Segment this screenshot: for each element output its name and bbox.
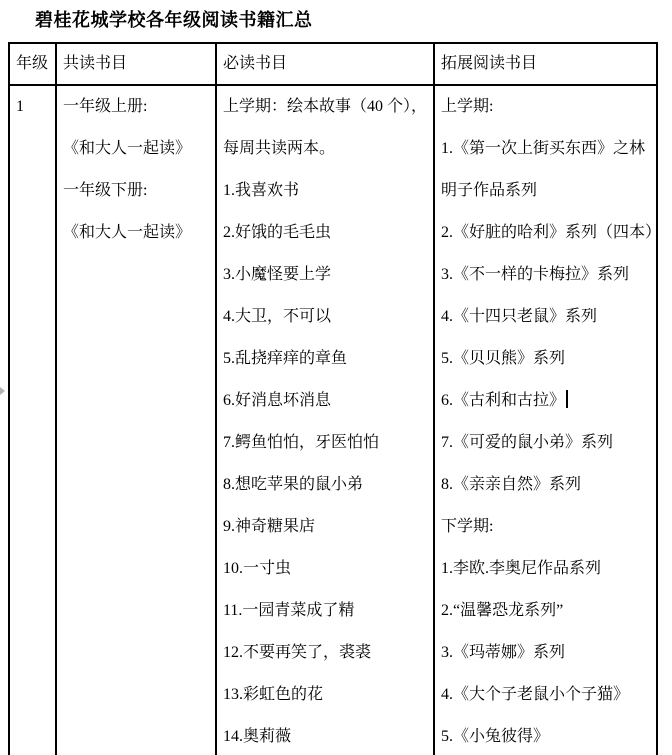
text-line[interactable]: 7.鳄鱼怕怕，牙医怕怕	[217, 422, 433, 464]
cell-grade[interactable]: 1	[10, 86, 57, 755]
text-line[interactable]: 明子作品系列	[435, 170, 656, 212]
text-line[interactable]: 5.《贝贝熊》系列	[435, 338, 656, 380]
text-line[interactable]: 《和大人一起读》	[57, 128, 215, 170]
text-cursor	[566, 390, 568, 408]
table-row: 1 一年级上册: 《和大人一起读》 一年级下册: 《和大人一起读》 上学期：绘本…	[10, 86, 656, 755]
table-header-row: 年级 共读书目 必读书目 拓展阅读书目	[10, 44, 656, 86]
text-line[interactable]: 3.《玛蒂娜》系列	[435, 632, 656, 674]
text-line[interactable]: 一年级下册:	[57, 170, 215, 212]
text-line[interactable]: 每周共读两本。	[217, 128, 433, 170]
text-line[interactable]: 8.想吃苹果的鼠小弟	[217, 464, 433, 506]
text-line[interactable]: 7.《可爱的鼠小弟》系列	[435, 422, 656, 464]
text-line[interactable]: 2.“温馨恐龙系列”	[435, 590, 656, 632]
mouse-cursor-artifact	[0, 387, 5, 395]
text-line[interactable]: 6.《古利和古拉》	[441, 392, 565, 409]
text-line[interactable]: 上学期:	[435, 86, 656, 128]
reading-summary-table: 年级 共读书目 必读书目 拓展阅读书目 1 一年级上册: 《和大人一起读》 一年…	[8, 42, 658, 755]
header-cell-required-reading: 必读书目	[217, 44, 435, 84]
text-line[interactable]: 9.神奇糖果店	[217, 506, 433, 548]
text-line[interactable]: 1.《第一次上街买东西》之林	[435, 128, 656, 170]
text-line[interactable]: 2.《好脏的哈利》系列（四本）	[435, 212, 656, 254]
cell-required-reading[interactable]: 上学期：绘本故事（40 个）， 每周共读两本。 1.我喜欢书 2.好饿的毛毛虫 …	[217, 86, 435, 755]
text-line[interactable]: 6.好消息坏消息	[217, 380, 433, 422]
text-line[interactable]: 8.《亲亲自然》系列	[435, 464, 656, 506]
text-line[interactable]: 4.大卫，不可以	[217, 296, 433, 338]
text-line[interactable]: 3.小魔怪要上学	[217, 254, 433, 296]
text-line[interactable]: 11.一园青菜成了精	[217, 590, 433, 632]
text-line-with-cursor[interactable]: 6.《古利和古拉》	[435, 380, 656, 422]
text-line[interactable]: 上学期：绘本故事（40 个），	[217, 86, 433, 128]
text-line[interactable]: 4.《大个子老鼠小个子猫》	[435, 674, 656, 716]
text-line[interactable]: 5.《小兔彼得》	[435, 716, 656, 755]
text-line[interactable]: 2.好饿的毛毛虫	[217, 212, 433, 254]
header-cell-extended-reading: 拓展阅读书目	[435, 44, 656, 84]
header-cell-shared-reading: 共读书目	[57, 44, 217, 84]
text-line[interactable]: 14.奥莉薇	[217, 716, 433, 755]
document-title[interactable]: 碧桂花城学校各年级阅读书籍汇总	[35, 6, 313, 32]
document-page: { "title": "碧桂花城学校各年级阅读书籍汇总", "colors": …	[0, 0, 672, 755]
text-line[interactable]: 13.彩虹色的花	[217, 674, 433, 716]
text-line[interactable]: 1.我喜欢书	[217, 170, 433, 212]
text-line[interactable]: 10.一寸虫	[217, 548, 433, 590]
text-line[interactable]: 5.乱挠痒痒的章鱼	[217, 338, 433, 380]
header-cell-grade: 年级	[10, 44, 57, 84]
text-line[interactable]: 《和大人一起读》	[57, 212, 215, 254]
text-line[interactable]: 下学期:	[435, 506, 656, 548]
text-line[interactable]: 12.不要再笑了，裘裘	[217, 632, 433, 674]
cell-shared-reading[interactable]: 一年级上册: 《和大人一起读》 一年级下册: 《和大人一起读》	[57, 86, 217, 755]
grade-value[interactable]: 1	[10, 86, 55, 128]
text-line[interactable]: 4.《十四只老鼠》系列	[435, 296, 656, 338]
text-line[interactable]: 3.《不一样的卡梅拉》系列	[435, 254, 656, 296]
cell-extended-reading[interactable]: 上学期: 1.《第一次上街买东西》之林 明子作品系列 2.《好脏的哈利》系列（四…	[435, 86, 656, 755]
text-line[interactable]: 1.李欧.李奥尼作品系列	[435, 548, 656, 590]
text-line[interactable]: 一年级上册:	[57, 86, 215, 128]
